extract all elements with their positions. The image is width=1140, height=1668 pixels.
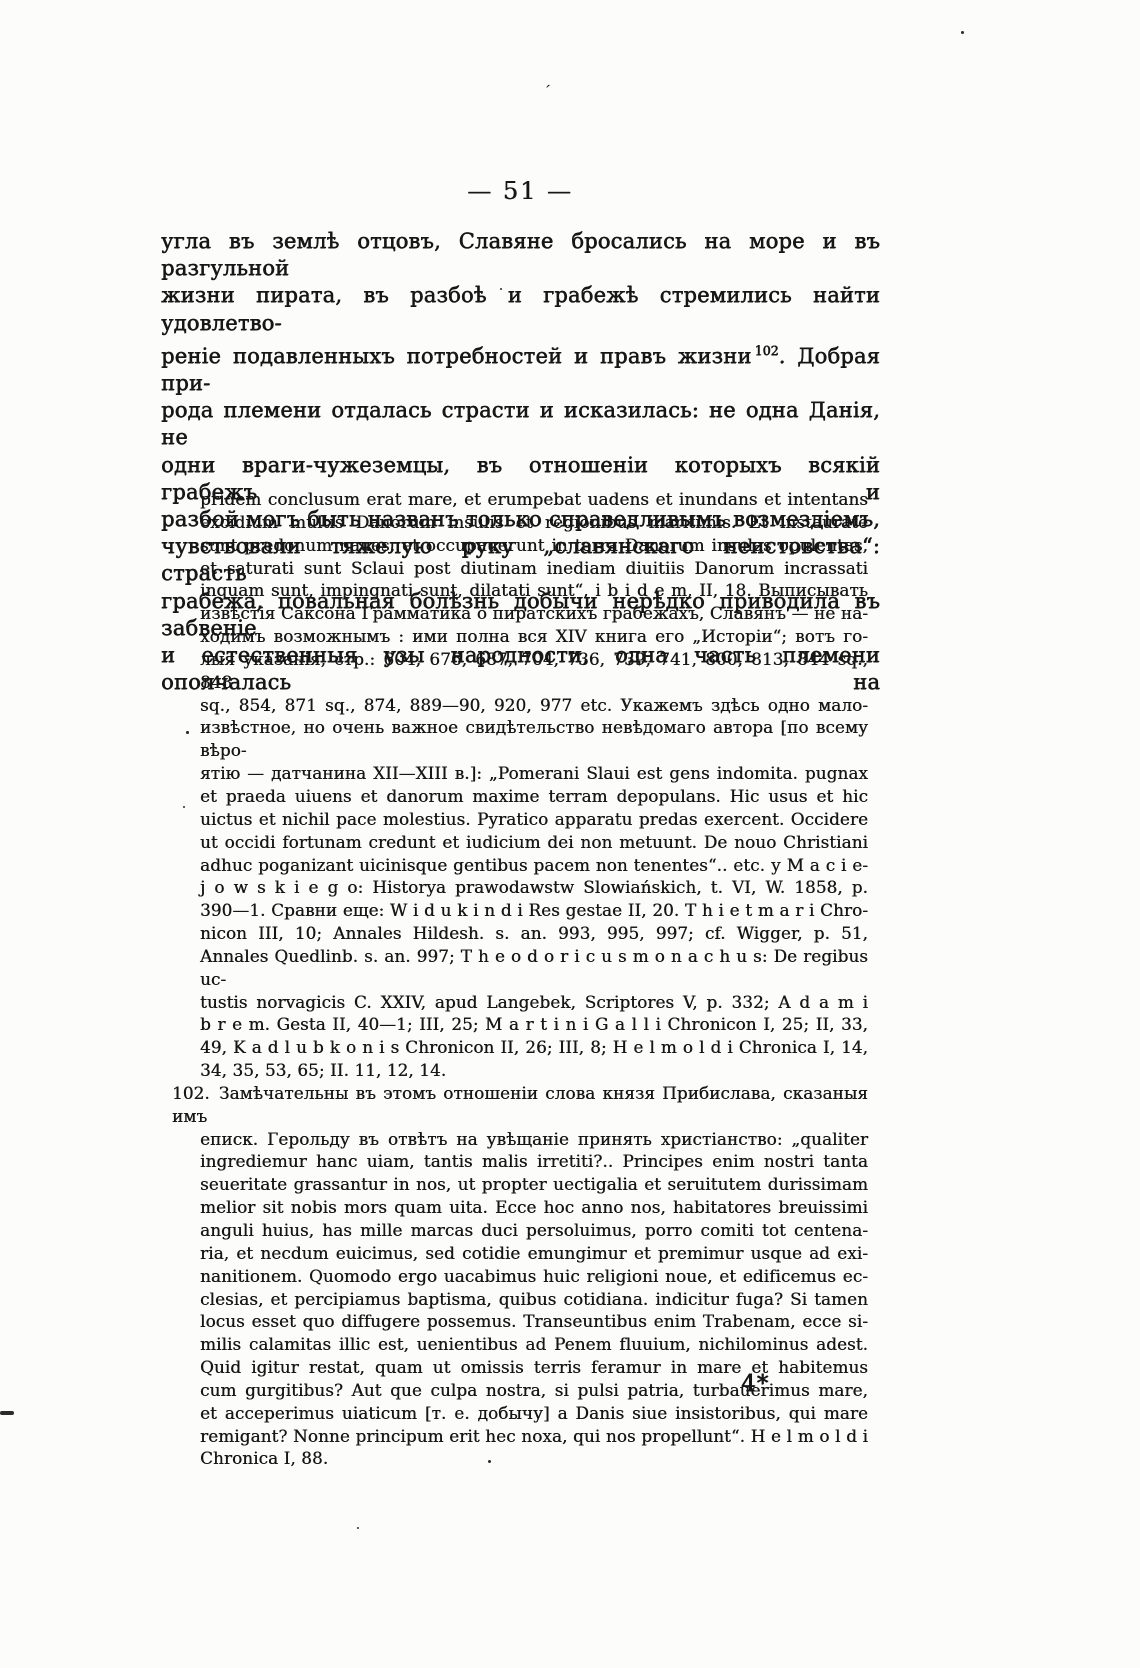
text-line: uictus et nichil pace molestius. Pyratic… (200, 808, 868, 831)
scan-speck (500, 288, 502, 290)
text-line: sq., 854, 871 sq., 874, 889—90, 920, 977… (200, 694, 868, 717)
scan-speck (357, 1527, 359, 1529)
text-line: извѣстное, но очень важное свидѣтельство… (200, 716, 868, 762)
text-line: excidium multis Danorum insulis et regio… (200, 511, 868, 534)
text-line: реніе подавленныхъ потребностей и правъ … (161, 337, 880, 397)
scan-speck (186, 731, 189, 734)
text-line: b r e m. Gesta II, 40—1; III, 25; M a r … (200, 1013, 868, 1036)
text-line: 102. Замѣчательны въ этомъ отношеніи сло… (172, 1082, 868, 1128)
text-line: Chronica I, 88. (200, 1447, 868, 1470)
text-line: лыя указанія, стр.: 604, 676, 687, 704, … (200, 648, 868, 694)
text-line: извѣстія Саксона Грамматика о пиратскихъ… (200, 602, 868, 625)
text-line: j o w s k i e g o: Historya prawodawstw … (200, 876, 868, 899)
scanned-book-page: { "page": { "number": "— 51 —", "signatu… (0, 0, 1140, 1668)
text-line: anguli huius, has mille marcas duci pers… (200, 1219, 868, 1242)
footnote-102: 102. Замѣчательны въ этомъ отношеніи сло… (200, 1082, 868, 1470)
text-line: 49, K a d l u b k o n i s Chronicon II, … (200, 1036, 868, 1059)
text-line: milis calamitas illic est, uenientibus a… (200, 1333, 868, 1356)
page-number: — 51 — (380, 177, 660, 205)
text-line: seueritate grassantur in nos, ut propter… (200, 1173, 868, 1196)
scan-speck (488, 1460, 491, 1463)
text-line: nanitionem. Quomodo ergo uacabimus huic … (200, 1265, 868, 1288)
text-line: clesias, et percipiamus baptisma, quibus… (200, 1288, 868, 1311)
scan-speck (0, 1411, 14, 1415)
text-line: adhuc poganizant uicinisque gentibus pac… (200, 854, 868, 877)
text-line: еписк. Герольду въ отвѣтъ на увѣщаніе пр… (200, 1128, 868, 1151)
text-line: melior sit nobis mors quam uita. Ecce ho… (200, 1196, 868, 1219)
text-line: ятію — датчанина XII—XIII в.]: „Pomerani… (200, 762, 868, 785)
text-line: et acceperimus uiaticum [т. е. добычу] a… (200, 1402, 868, 1425)
text-line: Annales Quedlinb. s. an. 997; T h e o d … (200, 945, 868, 991)
text-line: sunt predonum naues, et occupauerunt in … (200, 534, 868, 557)
footnote-marker: 102. (172, 1083, 212, 1103)
text-line: 34, 35, 53, 65; II. 11, 12, 14. (200, 1059, 868, 1082)
footnote-continuation: pridem conclusum erat mare, et erumpebat… (200, 488, 868, 1082)
text-line: nicon III, 10; Annales Hildesh. s. an. 9… (200, 922, 868, 945)
text-line: ut occidi fortunam credunt et iudicium d… (200, 831, 868, 854)
footnote-reference: 102 (755, 343, 779, 358)
text-line: inquam sunt, impingnati sunt, dilatati s… (200, 579, 868, 602)
text-line: pridem conclusum erat mare, et erumpebat… (200, 488, 868, 511)
scan-speck (961, 31, 964, 34)
text-line: et saturati sunt Sclaui post diutinam in… (200, 557, 868, 580)
text-line: ria, et necdum euicimus, sed cotidie emu… (200, 1242, 868, 1265)
printer-signature-mark: 4* (741, 1371, 769, 1397)
footnotes-block: pridem conclusum erat mare, et erumpebat… (200, 488, 868, 1470)
text-line: рода племени отдалась страсти и исказила… (161, 397, 880, 451)
text-line: 390—1. Сравни еще: W i d u k i n d i Res… (200, 899, 868, 922)
text-line: угла въ землѣ отцовъ, Славяне бросались … (161, 228, 880, 282)
text-line: tustis norvagicis C. XXIV, apud Langebek… (200, 991, 868, 1014)
scan-speck: ′ (543, 82, 551, 102)
text-line: ingrediemur hanc uiam, tantis malis irre… (200, 1150, 868, 1173)
text-line: et praeda uiuens et danorum maxime terra… (200, 785, 868, 808)
text-line: жизни пирата, въ разбоѣ и грабежѣ стреми… (161, 282, 880, 336)
text-line: remigant? Nonne principum erit hec noxa,… (200, 1425, 868, 1448)
text-line: locus esset quo diffugere possemus. Tran… (200, 1310, 868, 1333)
text-line: ходимъ возможнымъ : ими полна вся XIV кн… (200, 625, 868, 648)
scan-speck (183, 806, 185, 808)
